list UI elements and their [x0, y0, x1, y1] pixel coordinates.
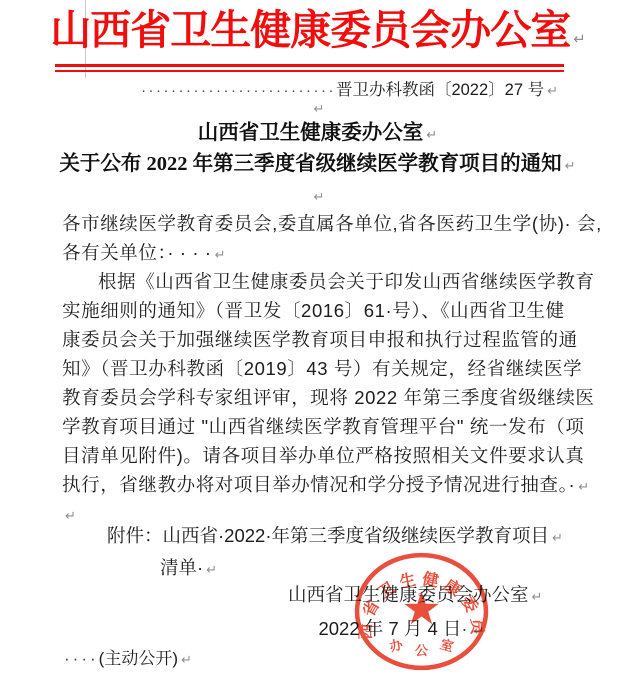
attachment-note: 附件：山西省·2022·年第三季度省级继续医学教育项目↵ 清单·↵ — [62, 521, 563, 585]
body-line: 实施细则的通知》（晋卫发〔2016〕61·号）、《山西省卫生健 — [62, 296, 607, 325]
title-line-1: 山西省卫生健康委办公室↵ — [0, 119, 635, 150]
paragraph-mark-icon: ↵ — [578, 480, 590, 495]
letterhead: 山西省卫生健康委员会办公室↵ — [0, 1, 635, 68]
body-line: 学教育项目通过 "山西省继续医学教育管理平台" 统一发布（项 — [62, 412, 607, 441]
body-line-text: 各市继续医学教育委员会,委直属各单位,省各医药卫生学(协)· 会, — [62, 213, 602, 234]
disclosure-footer: ····(主动公开)↵ — [64, 646, 192, 674]
space-dots: ···· — [64, 649, 99, 668]
body-line-text: 根据《山西省卫生健康委员会关于印发山西省继续医学教育 — [98, 271, 595, 292]
document-number-line: ··························晋卫办科教函〔2022〕27… — [0, 80, 558, 102]
title-line-2-text: 关于公布 2022 年第三季度省级继续医学教育项目的通知 — [59, 153, 561, 175]
paragraph-mark-icon: ↵ — [314, 102, 325, 117]
body-line: 各市继续医学教育委员会,委直属各单位,省各医药卫生学(协)· 会, — [62, 209, 607, 238]
paragraph-mark-icon: ↵ — [565, 159, 576, 174]
body-text: 各市继续医学教育委员会,委直属各单位,省各医药卫生学(协)· 会,各有关单位：·… — [62, 209, 607, 528]
attachment-line-1-text: 附件：山西省·2022·年第三季度省级继续医学教育项目 — [107, 525, 549, 546]
body-line: 各有关单位：· · · ·↵ — [62, 238, 607, 267]
document-page: 山西省卫生健康委员会办公室↵ ·························… — [0, 0, 635, 682]
paragraph-mark-icon: ↵ — [573, 30, 585, 48]
body-line: 目清单见附件)。请各项目举办单位严格按照相关文件要求认真 — [62, 441, 607, 470]
paragraph-mark-icon: ↵ — [547, 84, 558, 99]
document-title: 山西省卫生健康委办公室↵ 关于公布 2022 年第三季度省级继续医学教育项目的通… — [0, 119, 635, 212]
body-line: 知》（晋卫办科教函〔2019〕43 号）有关规定，经省继续医学 — [62, 354, 607, 383]
attachment-line-1: 附件：山西省·2022·年第三季度省级继续医学教育项目↵ — [107, 521, 563, 553]
paragraph-mark-icon: ↵ — [552, 531, 563, 546]
signature-org: 山西省卫生健康委员会办公室↵ — [288, 582, 542, 611]
body-line: 执行，省继教办将对项目举办情况和学分授予情况进行抽查。·↵ — [62, 470, 607, 499]
attachment-line-2: 清单·↵ — [160, 553, 563, 585]
body-line-text: 执行，省继教办将对项目举办情况和学分授予情况进行抽查。· — [62, 474, 575, 495]
document-number: 晋卫办科教函〔2022〕27 号 — [336, 81, 544, 99]
signature-date-text: 2022 年 7 月 4 日 — [318, 618, 461, 639]
paragraph-mark-icon: ↵ — [532, 590, 543, 605]
paragraph-mark-icon: ↵ — [314, 190, 325, 205]
title-line-1-text: 山西省卫生健康委办公室 — [198, 122, 424, 144]
paragraph-mark-icon: ↵ — [474, 624, 485, 639]
signature-org-text: 山西省卫生健康委员会办公室 — [288, 584, 529, 605]
paragraph-mark-icon: ↵ — [181, 653, 192, 668]
body-line: 根据《山西省卫生健康委员会关于印发山西省继续医学教育 — [62, 267, 607, 296]
space-dots: · — [461, 618, 470, 639]
body-line: 教育委员会学科专家组评审，现将 2022 年第三季度省级继续医 — [62, 383, 607, 412]
paragraph-mark-icon: ↵ — [215, 248, 227, 263]
paragraph-mark-icon: ↵ — [426, 128, 437, 143]
body-line-text: 学教育项目通过 "山西省继续医学教育管理平台" 统一发布（项 — [62, 416, 584, 437]
attachment-line-2-text: 清单· — [160, 557, 203, 578]
seal-bottom-char: 公 — [415, 643, 429, 658]
body-line-text: 康委员会关于加强继续医学教育项目申报和执行过程监管的通 — [62, 329, 578, 350]
signature-date: 2022 年 7 月 4 日·↵ — [288, 616, 515, 645]
body-line-text: 实施细则的通知》（晋卫发〔2016〕61·号）、《山西省卫生健 — [62, 300, 565, 321]
letterhead-double-rule — [55, 64, 564, 72]
empty-paragraph: ↵ — [0, 181, 635, 212]
empty-paragraph: ↵ — [0, 101, 635, 118]
space-dots: ·························· — [141, 82, 336, 99]
disclosure-footer-text: (主动公开) — [99, 649, 178, 668]
body-line-text: 各有关单位：· · · · — [62, 242, 212, 263]
body-line: 康委员会关于加强继续医学教育项目申报和执行过程监管的通 — [62, 325, 607, 354]
body-line-text: 教育委员会学科专家组评审，现将 2022 年第三季度省级继续医 — [62, 387, 595, 408]
paragraph-mark-icon: ↵ — [206, 563, 217, 578]
title-line-2: 关于公布 2022 年第三季度省级继续医学教育项目的通知↵ — [0, 150, 635, 181]
body-line-text: 目清单见附件)。请各项目举办单位严格按照相关文件要求认真 — [62, 445, 584, 466]
body-line-text: 知》（晋卫办科教函〔2019〕43 号）有关规定，经省继续医学 — [62, 358, 582, 379]
letterhead-org-title: 山西省卫生健康委员会办公室 — [50, 7, 570, 53]
